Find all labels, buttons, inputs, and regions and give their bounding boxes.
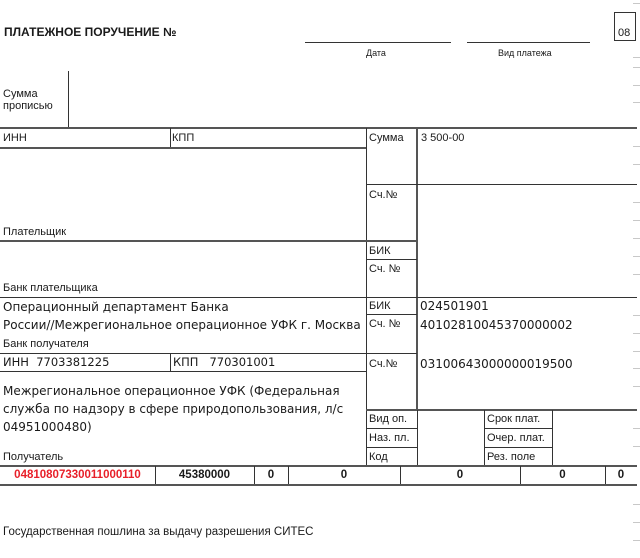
payer-kpp-label: КПП — [172, 132, 194, 145]
payer-account-label: Сч.№ — [369, 189, 397, 202]
payee-bik-value[interactable]: 024501901 — [420, 299, 489, 314]
form-code: 08 — [618, 27, 630, 40]
payee-bank-account-value[interactable]: 40102810045370000002 — [420, 318, 573, 333]
date-label: Дата — [366, 47, 386, 60]
payee-bank-name-2: России//Межрегиональное операционное УФК… — [3, 318, 361, 333]
amount-words-label-2: прописью — [3, 100, 53, 113]
payee-account-value[interactable]: 03100643000000019500 — [420, 357, 573, 372]
document-title: ПЛАТЕЖНОЕ ПОРУЧЕНИЕ № — [4, 26, 176, 39]
code-label: Код — [369, 451, 388, 464]
payment-purpose: Государственная пошлина за выдачу разреш… — [3, 526, 313, 539]
amount-words-field[interactable] — [70, 72, 630, 126]
kbk-value[interactable]: 04810807330011000110 — [0, 468, 155, 482]
priority-label: Очер. плат. — [487, 432, 545, 445]
reserve-label: Рез. поле — [487, 451, 535, 464]
doc-date-value[interactable]: 0 — [520, 468, 605, 482]
payer-bank-label: Банк плательщика — [3, 282, 98, 295]
payee-kpp-value[interactable]: 770301001 — [209, 355, 275, 369]
payer-amount-label: Сумма — [369, 132, 404, 145]
basis-value[interactable]: 0 — [254, 468, 288, 482]
oktmo-value[interactable]: 45380000 — [155, 468, 254, 482]
payee-bank-label: Банк получателя — [3, 338, 89, 351]
period-value[interactable]: 0 — [288, 468, 400, 482]
payee-name-2: служба по надзору в сфере природопользов… — [3, 402, 343, 417]
payee-name-1: Межрегиональное операционное УФК (Федера… — [3, 384, 340, 399]
payer-bank-bik-label: БИК — [369, 245, 391, 258]
payee-bik-label: БИК — [369, 300, 391, 313]
type-value[interactable]: 0 — [605, 468, 637, 482]
payment-type-label: Вид платежа — [498, 47, 552, 60]
payee-inn-value[interactable]: 7703381225 — [36, 355, 109, 369]
payee-bank-name-1: Операционный департамент Банка — [3, 300, 229, 315]
payee-label: Получатель — [3, 451, 63, 464]
op-type-label: Вид оп. — [369, 413, 407, 426]
doc-number-value[interactable]: 0 — [400, 468, 520, 482]
payer-inn-label: ИНН — [3, 132, 27, 145]
date-line[interactable] — [305, 42, 451, 43]
due-date-label: Срок плат. — [487, 413, 540, 426]
payment-type-line[interactable] — [467, 42, 590, 43]
payee-bank-account-label: Сч. № — [369, 318, 400, 331]
payee-account-label: Сч.№ — [369, 358, 397, 371]
payer-bank-account-label: Сч. № — [369, 263, 400, 276]
payee-name-3: 04951000480) — [3, 420, 92, 435]
purpose-code-label: Наз. пл. — [369, 432, 410, 445]
payer-amount-value[interactable]: 3 500-00 — [421, 132, 464, 145]
payee-kpp-label: КПП — [173, 355, 198, 369]
payee-inn-label: ИНН — [3, 355, 29, 369]
payer-label: Плательщик — [3, 226, 66, 239]
